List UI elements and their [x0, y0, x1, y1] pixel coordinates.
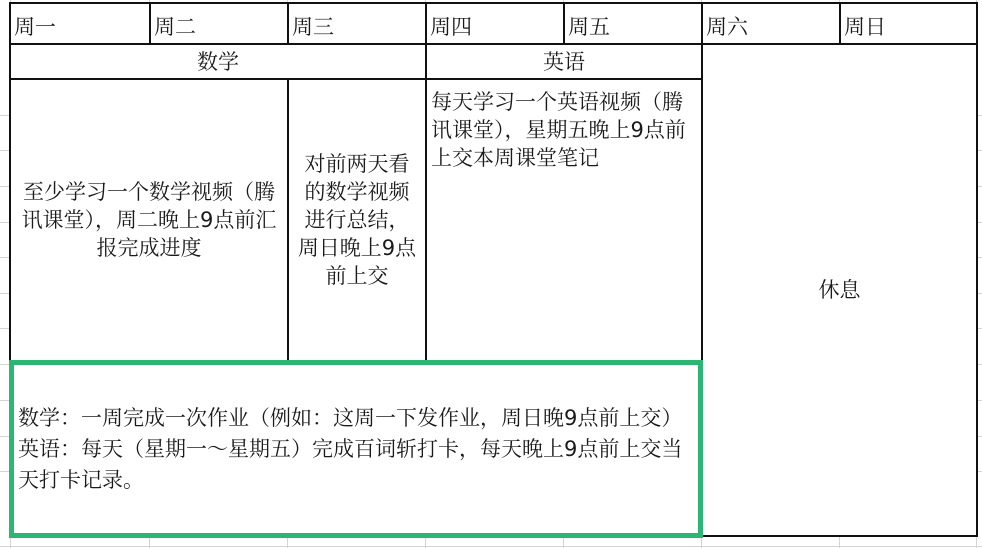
header-cell-fri[interactable]: 周五 — [563, 2, 703, 45]
header-cell-sun[interactable]: 周日 — [839, 2, 978, 45]
selected-note-cell[interactable]: 数学：一周完成一次作业（例如：这周一下发作业，周日晚9点前上交）英语：每天（星期… — [9, 360, 703, 538]
english-thu-fri-cell[interactable]: 每天学习一个英语视频（腾讯课堂），星期五晚上9点前上交本周课堂笔记 — [425, 78, 703, 362]
subject-cell-english[interactable]: 英语 — [425, 43, 703, 80]
math-mon-tue-cell[interactable]: 至少学习一个数学视频（腾讯课堂），周二晚上9点前汇报完成进度 — [9, 78, 289, 362]
day-label: 周二 — [154, 13, 196, 41]
day-label: 周一 — [14, 13, 56, 41]
subject-label: 英语 — [543, 48, 585, 76]
header-cell-mon[interactable]: 周一 — [9, 2, 151, 45]
day-label: 周四 — [430, 13, 472, 41]
day-label: 周三 — [292, 13, 334, 41]
day-label: 周日 — [844, 13, 886, 41]
day-label: 周六 — [706, 13, 748, 41]
cell-text: 至少学习一个数学视频（腾讯课堂），周二晚上9点前汇报完成进度 — [17, 178, 281, 262]
header-cell-thu[interactable]: 周四 — [425, 2, 565, 45]
subject-cell-math[interactable]: 数学 — [9, 43, 427, 80]
subject-label: 数学 — [197, 48, 239, 76]
header-cell-sat[interactable]: 周六 — [701, 2, 841, 45]
weekend-rest-cell[interactable]: 休息 — [701, 43, 978, 537]
note-text: 数学：一周完成一次作业（例如：这周一下发作业，周日晚9点前上交）英语：每天（星期… — [18, 403, 694, 496]
math-wed-cell[interactable]: 对前两天看的数学视频进行总结，周日晚上9点前上交 — [287, 78, 427, 362]
cell-text: 休息 — [819, 276, 861, 304]
gridline — [0, 546, 982, 547]
header-cell-wed[interactable]: 周三 — [287, 2, 427, 45]
header-cell-tue[interactable]: 周二 — [149, 2, 289, 45]
day-label: 周五 — [568, 13, 610, 41]
cell-text: 对前两天看的数学视频进行总结，周日晚上9点前上交 — [297, 150, 417, 290]
cell-text: 每天学习一个英语视频（腾讯课堂），星期五晚上9点前上交本周课堂笔记 — [431, 88, 697, 172]
